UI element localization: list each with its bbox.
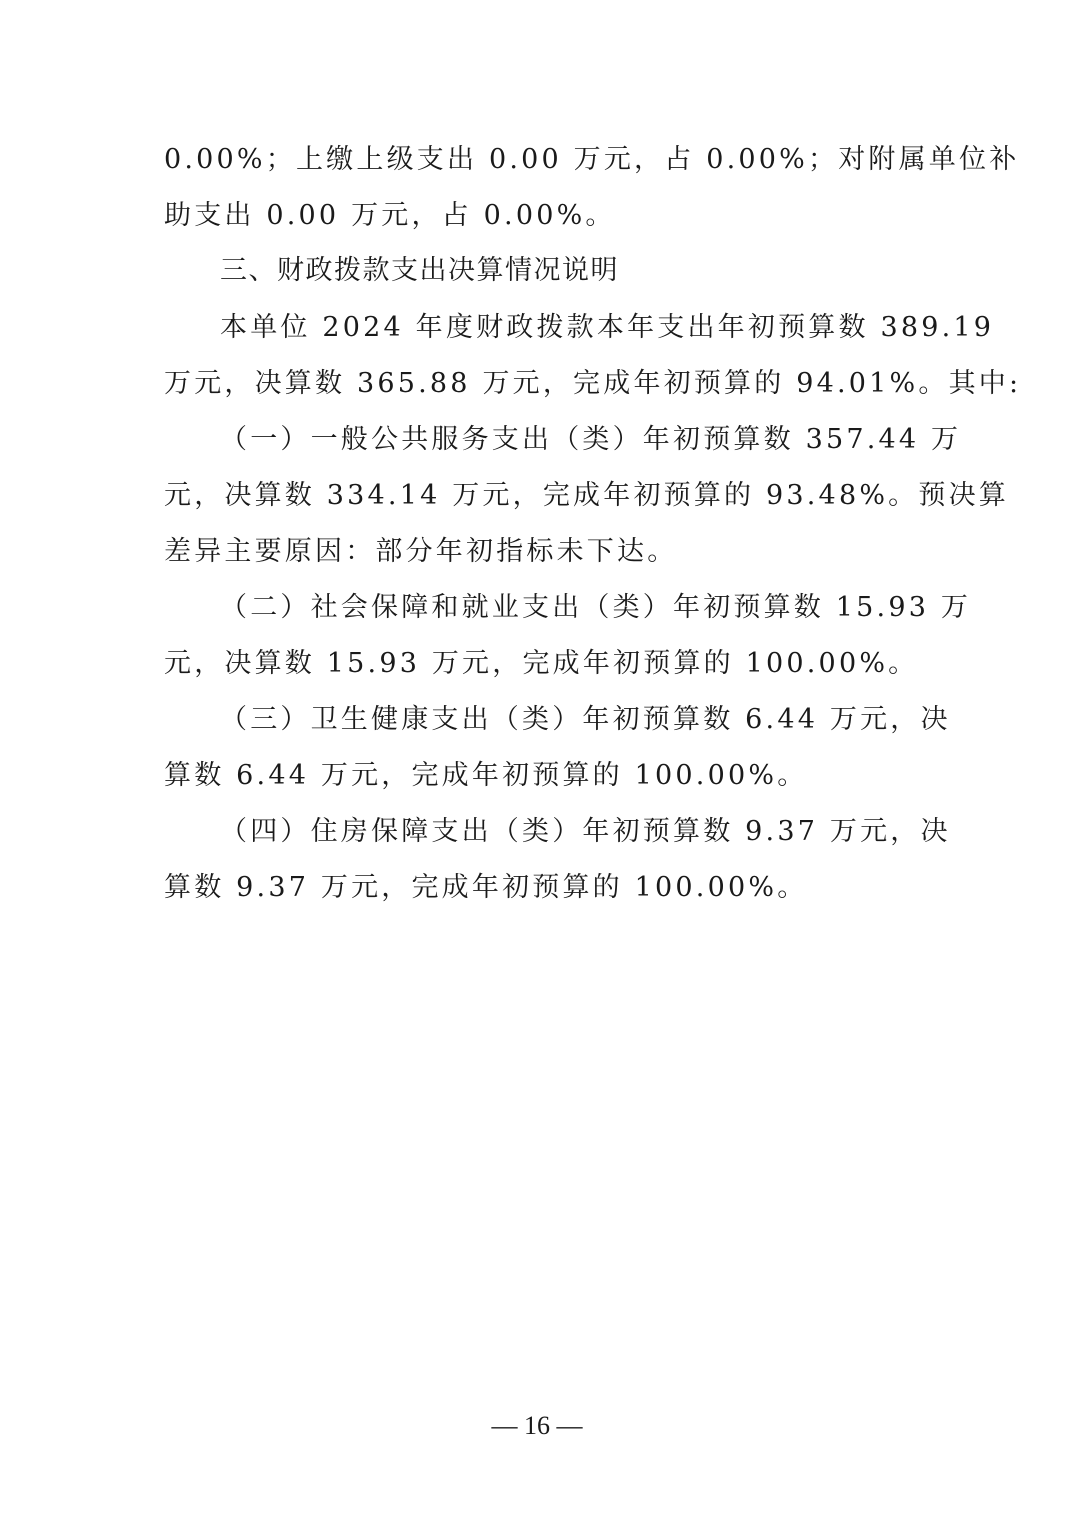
section-heading: 三、财政拨款支出决算情况说明: [220, 254, 914, 288]
item-3-line-1: （三）卫生健康支出（类）年初预算数 6.44 万元，决: [220, 703, 914, 737]
continuation-line-1: 0.00%；上缴上级支出 0.00 万元，占 0.00%；对附属单位补: [164, 143, 914, 177]
intro-line-1: 本单位 2024 年度财政拨款本年支出年初预算数 389.19: [220, 311, 914, 345]
continuation-line-2: 助支出 0.00 万元，占 0.00%。: [164, 199, 914, 233]
item-1-line-2: 元，决算数 334.14 万元，完成年初预算的 93.48%。预决算: [164, 479, 914, 513]
item-1-line-3: 差异主要原因：部分年初指标未下达。: [164, 535, 914, 569]
page-number: — 16 —: [0, 1410, 1074, 1442]
item-1-line-1: （一）一般公共服务支出（类）年初预算数 357.44 万: [220, 423, 914, 457]
item-4-line-1: （四）住房保障支出（类）年初预算数 9.37 万元，决: [220, 815, 914, 849]
item-2-line-1: （二）社会保障和就业支出（类）年初预算数 15.93 万: [220, 591, 914, 625]
item-3-line-2: 算数 6.44 万元，完成年初预算的 100.00%。: [164, 759, 914, 793]
intro-line-2: 万元，决算数 365.88 万元，完成年初预算的 94.01%。其中:: [164, 367, 914, 401]
item-4-line-2: 算数 9.37 万元，完成年初预算的 100.00%。: [164, 871, 914, 905]
item-2-line-2: 元，决算数 15.93 万元，完成年初预算的 100.00%。: [164, 647, 914, 681]
document-page: 0.00%；上缴上级支出 0.00 万元，占 0.00%；对附属单位补 助支出 …: [0, 0, 1074, 1520]
